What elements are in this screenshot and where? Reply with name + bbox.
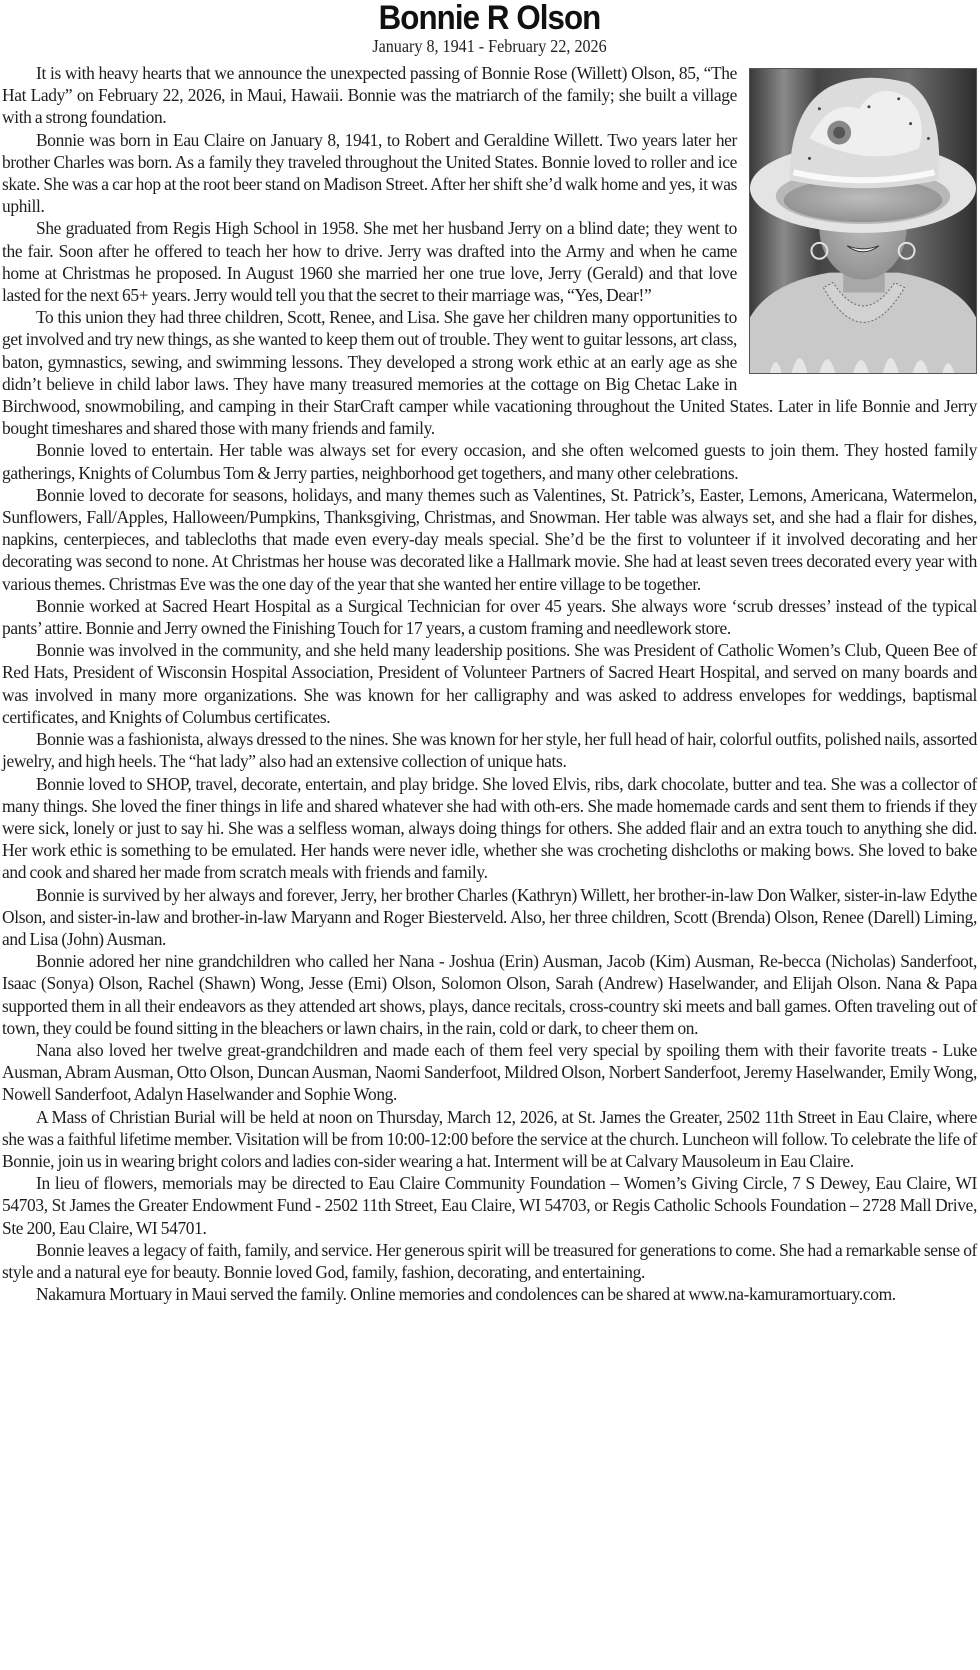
- paragraph-entertaining: Bonnie loved to entertain. Her table was…: [2, 439, 977, 483]
- life-dates: January 8, 1941 - February 22, 2026: [41, 36, 938, 56]
- obituary-page: Bonnie R Olson January 8, 1941 - Februar…: [2, 0, 977, 1305]
- paragraph-interests: Bonnie loved to SHOP, travel, decorate, …: [2, 773, 977, 884]
- portrait-photo: [749, 68, 977, 374]
- paragraph-survivors: Bonnie is survived by her always and for…: [2, 884, 977, 951]
- portrait-photo-icon: [750, 69, 976, 373]
- paragraph-legacy: Bonnie leaves a legacy of faith, family,…: [2, 1239, 977, 1283]
- paragraph-career: Bonnie worked at Sacred Heart Hospital a…: [2, 595, 977, 639]
- paragraph-memorials: In lieu of flowers, memorials may be dir…: [2, 1172, 977, 1239]
- paragraph-community: Bonnie was involved in the community, an…: [2, 639, 977, 728]
- paragraph-service: A Mass of Christian Burial will be held …: [2, 1106, 977, 1173]
- paragraph-fashion: Bonnie was a fashionista, always dressed…: [2, 728, 977, 772]
- paragraph-grandchildren: Bonnie adored her nine grandchildren who…: [2, 950, 977, 1039]
- obituary-name-heading: Bonnie R Olson: [41, 0, 938, 36]
- obituary-body: It is with heavy hearts that we announce…: [2, 62, 977, 1305]
- paragraph-mortuary: Nakamura Mortuary in Maui served the fam…: [2, 1283, 977, 1305]
- paragraph-decorating: Bonnie loved to decorate for seasons, ho…: [2, 484, 977, 595]
- paragraph-great-grandchildren: Nana also loved her twelve great-grandch…: [2, 1039, 977, 1106]
